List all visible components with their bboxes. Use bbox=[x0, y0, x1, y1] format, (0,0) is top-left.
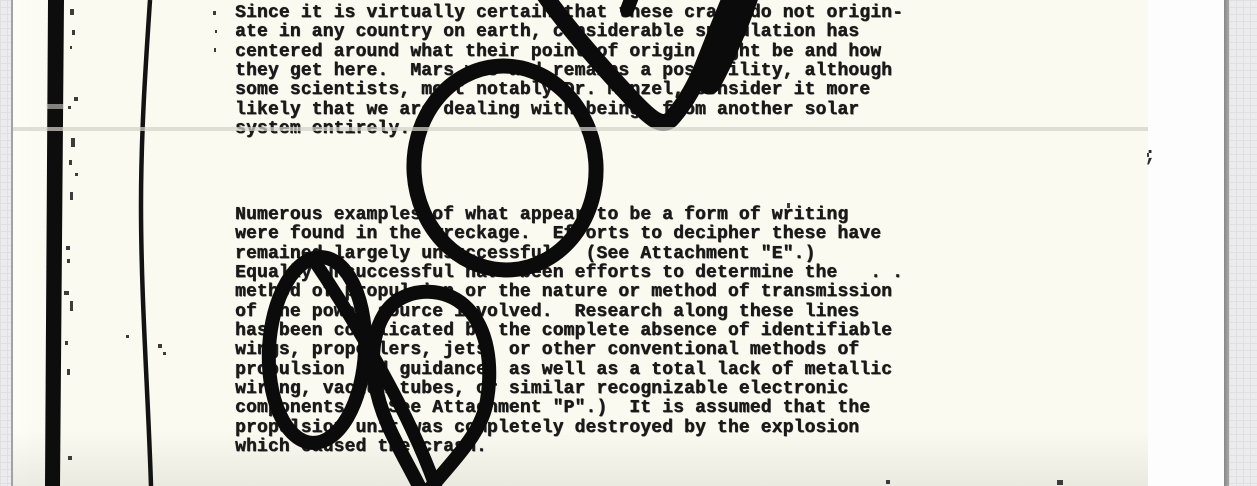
scan-marks-layer bbox=[0, 0, 1257, 486]
bar-scan-gap bbox=[46, 104, 64, 109]
page-fold-line bbox=[141, 0, 151, 486]
document-scan-viewport: Since it is virtually certain that these… bbox=[0, 0, 1257, 486]
scan-artifact-line bbox=[13, 127, 1148, 131]
marker-scribble-oval bbox=[407, 60, 603, 276]
marker-scribble-tall-loop bbox=[264, 255, 370, 446]
page-edge-bar bbox=[45, 0, 64, 486]
marker-scribble-top-wedge bbox=[627, 0, 633, 10]
